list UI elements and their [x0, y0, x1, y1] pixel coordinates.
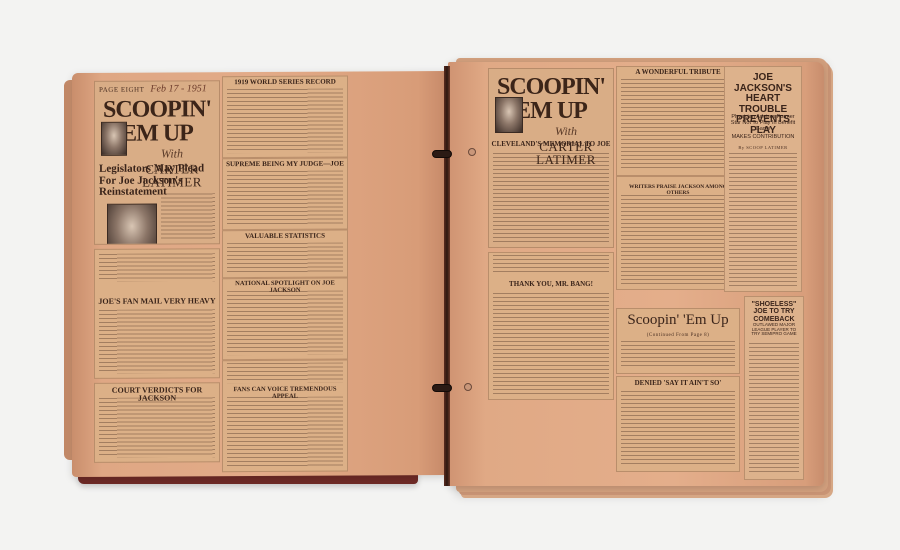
- clipping-supreme-being: SUPREME BEING MY JUDGE—JOE: [222, 158, 348, 231]
- clipping-writers-praise: WRITERS PRAISE JACKSON AMONG OTHERS: [616, 176, 740, 290]
- byline-heart-trouble: By SCOOP LATIMER: [725, 145, 801, 150]
- punched-hole: [468, 148, 476, 156]
- binder-post-icon: [432, 150, 452, 158]
- punched-hole: [464, 383, 472, 391]
- clipping-fan-mail: JOE'S FAN MAIL VERY HEAVY: [94, 248, 220, 379]
- clipping-court-verdicts: COURT VERDICTS FOR JACKSON: [94, 382, 220, 463]
- right-page: SCOOPIN' EM UP With CARTER LATIMER CLEVE…: [448, 62, 824, 486]
- clipping-national-spotlight: NATIONAL SPOTLIGHT ON JOE JACKSON: [222, 278, 348, 361]
- headline-denied: DENIED 'SAY IT AIN'T SO': [619, 380, 737, 387]
- clipping-wonderful-tribute: A WONDERFUL TRIBUTE: [616, 66, 740, 176]
- deck-heart-trouble: Physician Advises Former Star Not To Pla…: [729, 115, 797, 132]
- page-label: PAGE EIGHT: [99, 86, 144, 94]
- deck-shoeless-comeback: OUTLAWED MAJOR LEAGUE PLAYER TO TRY SEMI…: [747, 323, 801, 337]
- clipping-valuable-statistics: VALUABLE STATISTICS: [222, 230, 348, 279]
- headline-fan-mail: JOE'S FAN MAIL VERY HEAVY: [97, 297, 217, 306]
- clipping-thank-you: THANK YOU, MR. BANG!: [488, 252, 614, 400]
- left-page: PAGE EIGHT Feb 17 - 1951 SCOOPIN' EM UP …: [72, 71, 448, 477]
- clipping-scoopin-continued: Scoopin' 'Em Up (Continued From Page 8): [616, 308, 740, 374]
- headline-world-series-record: 1919 WORLD SERIES RECORD: [225, 79, 345, 87]
- clipping-world-series-record: 1919 WORLD SERIES RECORD: [222, 76, 348, 159]
- masthead-clipping: PAGE EIGHT Feb 17 - 1951 SCOOPIN' EM UP …: [94, 80, 220, 245]
- scrapbook-photo: PAGE EIGHT Feb 17 - 1951 SCOOPIN' EM UP …: [0, 0, 900, 550]
- book-spine-gutter: [444, 66, 450, 486]
- author-photo: [101, 122, 127, 156]
- headline-supreme-being: SUPREME BEING MY JUDGE—JOE: [225, 161, 345, 169]
- clipping-denied-say-it-aint-so: DENIED 'SAY IT AIN'T SO': [616, 376, 740, 472]
- headline-scoopin-continued: Scoopin' 'Em Up: [619, 313, 737, 329]
- subhead-makes-contribution: MAKES CONTRIBUTION: [729, 135, 797, 141]
- right-masthead-clipping: SCOOPIN' EM UP With CARTER LATIMER CLEVE…: [488, 68, 614, 248]
- headline-shoeless-comeback: "SHOELESS" JOE TO TRY COMEBACK: [747, 301, 801, 323]
- continued-note: (Continued From Page 8): [617, 333, 739, 338]
- right-author-photo: [495, 97, 523, 133]
- headline-wonderful-tribute: A WONDERFUL TRIBUTE: [619, 69, 737, 76]
- binder-post-icon: [432, 384, 452, 392]
- headline-clevelands-memorial: CLEVELAND'S MEMORIAL TO JOE: [491, 141, 611, 148]
- headline-valuable-statistics: VALUABLE STATISTICS: [225, 233, 345, 241]
- headline-thank-you: THANK YOU, MR. BANG!: [491, 281, 611, 288]
- clipping-shoeless-joe-comeback: "SHOELESS" JOE TO TRY COMEBACK OUTLAWED …: [744, 296, 804, 480]
- clipping-heart-trouble: JOE JACKSON'S HEART TROUBLE PREVENTS PLA…: [724, 66, 802, 292]
- handwritten-date: Feb 17 - 1951: [150, 83, 206, 94]
- portrait-photo: [107, 204, 157, 245]
- clipping-fans-can-voice: FANS CAN VOICE TREMENDOUS APPEAL: [222, 360, 348, 473]
